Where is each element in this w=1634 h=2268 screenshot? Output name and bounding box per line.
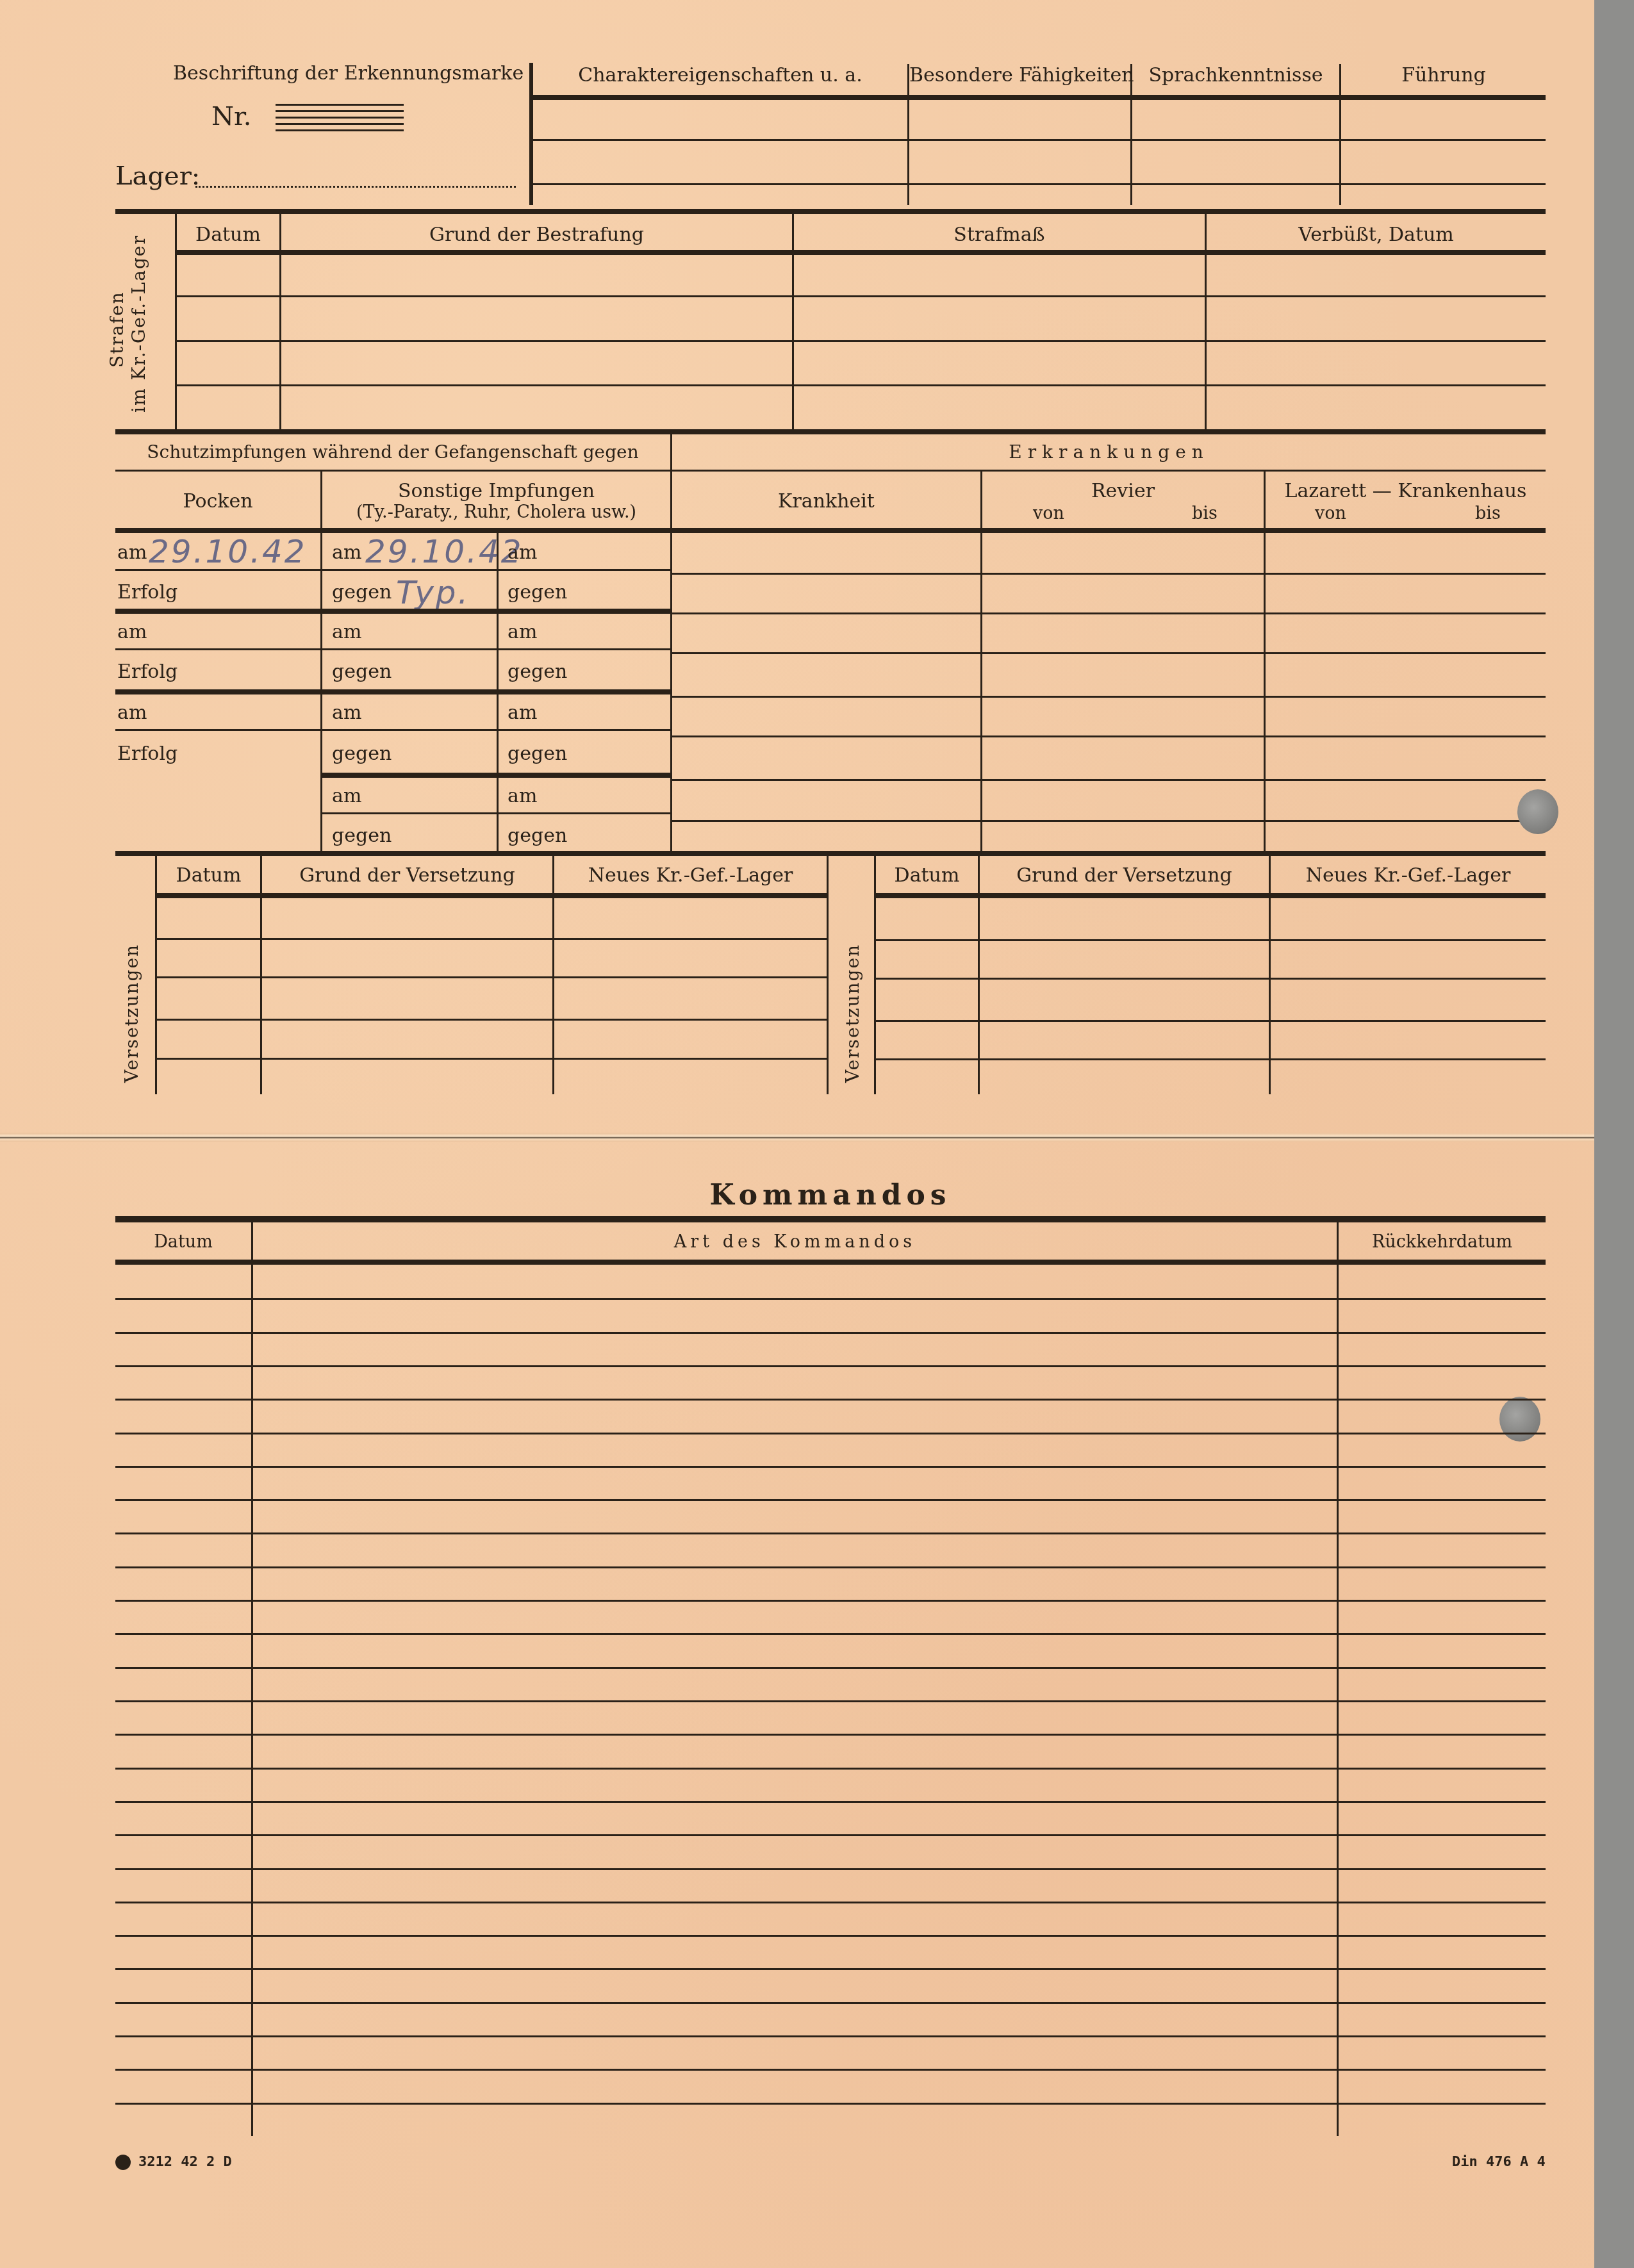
kommando-row[interactable] bbox=[115, 1533, 1546, 1534]
transfer-row[interactable] bbox=[876, 1020, 1546, 1022]
label-gegen: gegen bbox=[332, 583, 392, 602]
lazarett-von: von bbox=[1315, 505, 1346, 522]
handwritten-pocken-date[interactable]: 29.10.42 bbox=[149, 533, 307, 570]
punch-hole bbox=[1499, 1397, 1540, 1442]
traits-row[interactable] bbox=[533, 183, 1546, 185]
punishment-row[interactable] bbox=[177, 340, 1546, 342]
illnesses-title: Erkrankungen bbox=[672, 443, 1546, 461]
rule bbox=[670, 470, 1546, 472]
traits-row[interactable] bbox=[533, 139, 1546, 141]
col-fuehrung: Führung bbox=[1341, 66, 1546, 85]
col-strafmass: Strafmaß bbox=[794, 226, 1205, 245]
vacc-row[interactable] bbox=[115, 569, 670, 571]
rule bbox=[115, 1260, 1546, 1265]
kommando-row[interactable] bbox=[115, 2035, 1546, 2037]
rule bbox=[874, 893, 1546, 898]
kommando-row[interactable] bbox=[115, 1399, 1546, 1401]
kommando-row[interactable] bbox=[115, 1700, 1546, 1702]
label-gegen: gegen bbox=[332, 826, 392, 846]
divider bbox=[175, 214, 177, 429]
transfer-row[interactable] bbox=[876, 978, 1546, 980]
kommando-row[interactable] bbox=[115, 1466, 1546, 1468]
label-am: am bbox=[508, 623, 537, 642]
label-am: am bbox=[332, 623, 361, 642]
rule bbox=[533, 95, 1546, 100]
kommando-row[interactable] bbox=[115, 1365, 1546, 1367]
punch-hole bbox=[1517, 789, 1558, 834]
label-gegen: gegen bbox=[508, 662, 567, 682]
col-rueckkehr: Rückkehrdatum bbox=[1339, 1233, 1546, 1251]
col-datum: Datum bbox=[177, 226, 279, 245]
side-label-line: im Kr.-Gef.-Lager bbox=[128, 246, 150, 413]
kommando-row[interactable] bbox=[115, 1734, 1546, 1736]
transfer-row[interactable] bbox=[157, 976, 827, 978]
col-sprachen: Sprachkenntnisse bbox=[1132, 66, 1339, 85]
fold-crease bbox=[0, 1133, 1594, 1142]
col-verbuesst: Verbüßt, Datum bbox=[1207, 226, 1546, 245]
print-code-text: 3212 42 2 D bbox=[138, 2154, 232, 2170]
kommando-row[interactable] bbox=[115, 1902, 1546, 1903]
label-erfolg: Erfolg bbox=[117, 744, 177, 764]
section-rule bbox=[115, 851, 1546, 856]
rule bbox=[115, 609, 670, 614]
col-lager-left: Neues Kr.-Gef.-Lager bbox=[554, 866, 827, 885]
col-lazarett: Lazarett — Krankenhaus bbox=[1266, 482, 1546, 501]
kommando-row[interactable] bbox=[115, 1868, 1546, 1870]
col-datum: Datum bbox=[115, 1233, 251, 1251]
transfer-row[interactable] bbox=[876, 1058, 1546, 1060]
col-other-line1: Sonstige Impfungen bbox=[322, 482, 670, 501]
punishments-side-label: Strafen im Kr.-Gef.-Lager bbox=[106, 246, 150, 413]
kommando-row[interactable] bbox=[115, 1499, 1546, 1501]
label-am: am bbox=[332, 543, 361, 563]
label-gegen: gegen bbox=[508, 583, 567, 602]
col-grund-left: Grund der Versetzung bbox=[262, 866, 552, 885]
kommando-row[interactable] bbox=[115, 1566, 1546, 1568]
nr-label: Nr. bbox=[211, 104, 251, 129]
col-grund-right: Grund der Versetzung bbox=[980, 866, 1269, 885]
label-erfolg: Erfolg bbox=[117, 662, 177, 682]
revier-bis: bis bbox=[1192, 505, 1217, 522]
illness-row[interactable] bbox=[672, 612, 1546, 614]
label-am: am bbox=[117, 543, 147, 563]
illness-row[interactable] bbox=[672, 735, 1546, 737]
col-faehigkeiten: Besondere Fähigkeiten bbox=[909, 66, 1130, 85]
print-code: 3212 42 2 D bbox=[115, 2154, 232, 2170]
label-am: am bbox=[332, 787, 361, 806]
kommando-row[interactable] bbox=[115, 1633, 1546, 1635]
lazarett-bis: bis bbox=[1475, 505, 1501, 522]
kommandos-title: Kommandos bbox=[115, 1181, 1546, 1210]
kommando-row[interactable] bbox=[115, 2103, 1546, 2105]
rule bbox=[320, 773, 670, 778]
illness-row[interactable] bbox=[672, 652, 1546, 654]
label-am: am bbox=[117, 703, 147, 723]
label-gegen: gegen bbox=[508, 826, 567, 846]
illness-row[interactable] bbox=[672, 820, 1546, 822]
illness-row[interactable] bbox=[672, 779, 1546, 781]
transfer-row[interactable] bbox=[157, 1019, 827, 1021]
section-rule bbox=[115, 209, 1546, 214]
label-gegen: gegen bbox=[508, 744, 567, 764]
lager-label: Lager: bbox=[115, 163, 200, 189]
divider bbox=[792, 214, 794, 429]
rule bbox=[155, 893, 827, 898]
label-erfolg: Erfolg bbox=[117, 583, 177, 602]
transfer-row[interactable] bbox=[876, 939, 1546, 941]
vacc-row[interactable] bbox=[115, 648, 670, 650]
illness-row[interactable] bbox=[672, 696, 1546, 698]
col-pocken: Pocken bbox=[115, 492, 320, 511]
rule bbox=[115, 528, 670, 533]
kommando-row[interactable] bbox=[115, 1768, 1546, 1770]
rule bbox=[115, 1216, 1546, 1222]
rule bbox=[670, 528, 1546, 533]
label-am: am bbox=[332, 703, 361, 723]
kommando-row[interactable] bbox=[115, 1968, 1546, 1970]
punishment-row[interactable] bbox=[177, 295, 1546, 297]
col-grund: Grund der Bestrafung bbox=[281, 226, 792, 245]
vacc-row[interactable] bbox=[115, 729, 670, 731]
kommando-row[interactable] bbox=[115, 2069, 1546, 2071]
divider bbox=[827, 856, 829, 1094]
nr-field[interactable] bbox=[276, 103, 404, 132]
col-revier: Revier bbox=[982, 482, 1264, 501]
tag-caption: Beschriftung der Erkennungsmarke bbox=[173, 64, 493, 83]
col-datum-right: Datum bbox=[876, 866, 978, 885]
kommando-row[interactable] bbox=[115, 1600, 1546, 1602]
handwritten-other-against[interactable]: Typ. bbox=[396, 574, 470, 611]
divider bbox=[1205, 214, 1207, 429]
label-am: am bbox=[508, 703, 537, 723]
din-label: Din 476 A 4 bbox=[1452, 2154, 1546, 2170]
col-krankheit: Krankheit bbox=[672, 492, 980, 511]
kommando-row[interactable] bbox=[115, 1433, 1546, 1434]
kommando-row[interactable] bbox=[115, 1298, 1546, 1300]
label-gegen: gegen bbox=[332, 662, 392, 682]
label-am: am bbox=[117, 623, 147, 642]
punishment-row[interactable] bbox=[177, 384, 1546, 386]
vaccinations-title: Schutzimpfungen während der Gefangenscha… bbox=[115, 443, 670, 461]
transfers-side-label-left: Versetzungen bbox=[121, 924, 142, 1103]
kommando-row[interactable] bbox=[115, 1801, 1546, 1803]
label-gegen: gegen bbox=[332, 744, 392, 764]
rule bbox=[175, 250, 1546, 255]
rule bbox=[115, 689, 670, 694]
kommando-row[interactable] bbox=[115, 1667, 1546, 1669]
transfer-row[interactable] bbox=[157, 938, 827, 940]
col-datum-left: Datum bbox=[157, 866, 260, 885]
illness-row[interactable] bbox=[672, 573, 1546, 575]
kommando-row[interactable] bbox=[115, 1935, 1546, 1937]
col-other-line2: (Ty.-Paraty., Ruhr, Cholera usw.) bbox=[322, 504, 670, 521]
divider bbox=[251, 1221, 253, 2136]
kommando-row[interactable] bbox=[115, 2002, 1546, 2004]
vacc-row[interactable] bbox=[320, 812, 670, 814]
col-charakter: Charaktereigenschaften u. a. bbox=[533, 66, 907, 85]
revier-von: von bbox=[1033, 505, 1064, 522]
kommando-row[interactable] bbox=[115, 1332, 1546, 1334]
printer-seal-icon bbox=[115, 2155, 131, 2170]
handwritten-other-date[interactable]: 29.10.42 bbox=[365, 533, 524, 570]
col-art: Art des Kommandos bbox=[253, 1233, 1337, 1251]
section-rule bbox=[115, 429, 1546, 434]
transfers-side-label-right: Versetzungen bbox=[842, 924, 863, 1103]
kommando-row[interactable] bbox=[115, 1834, 1546, 1836]
rule bbox=[115, 470, 670, 472]
transfer-row[interactable] bbox=[157, 1058, 827, 1060]
side-label-line: Strafen bbox=[106, 246, 128, 413]
label-am: am bbox=[508, 787, 537, 806]
divider bbox=[279, 214, 281, 429]
label-am: am bbox=[508, 543, 537, 563]
col-lager-right: Neues Kr.-Gef.-Lager bbox=[1271, 866, 1546, 885]
lager-field[interactable] bbox=[195, 186, 516, 188]
divider bbox=[1337, 1221, 1339, 2136]
